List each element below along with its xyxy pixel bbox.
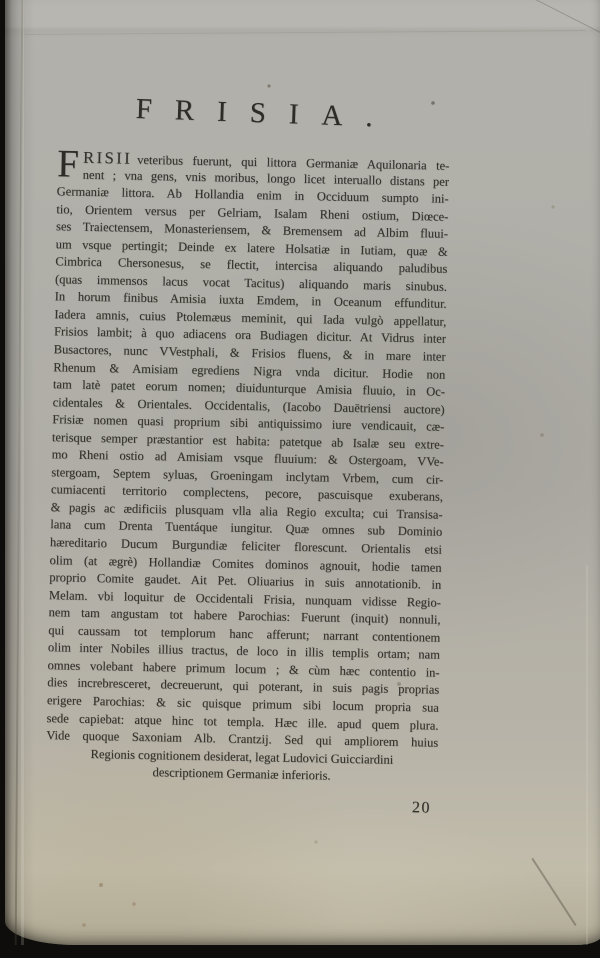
text-block: FRISIA. F RISIIveteribus fuerunt, qui li… [44, 93, 450, 840]
crease-line [516, 0, 600, 40]
page-number: 20 [412, 799, 431, 817]
page-edge-highlight [586, 565, 588, 945]
closing-lines: Regionis cognitionem desiderat, legat Lu… [45, 745, 438, 788]
text-lines: nent ; vna gens, vnis moribus, longo lic… [46, 166, 449, 752]
body-paragraph: F RISIIveteribus fuerunt, qui littora Ge… [45, 148, 449, 787]
drop-cap: F [57, 148, 83, 182]
crease-line [531, 858, 576, 926]
binding-fold-highlight [21, 0, 24, 945]
lead-word: RISII [83, 149, 133, 168]
crease-line [25, 30, 585, 35]
